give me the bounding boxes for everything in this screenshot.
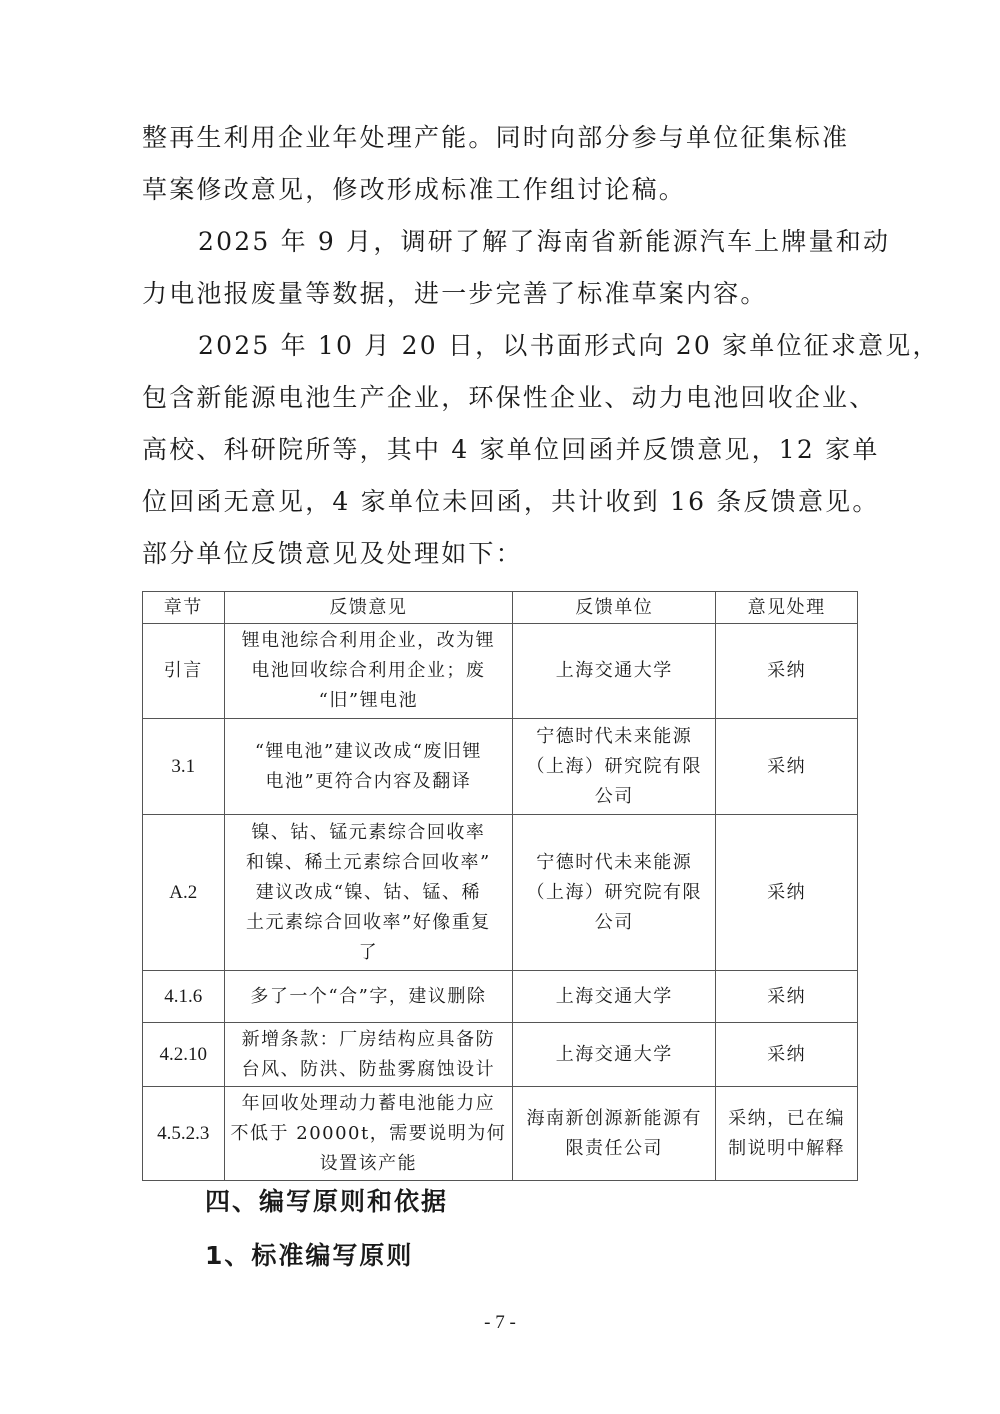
- text-line: 草案修改意见，修改形成标准工作组讨论稿。: [142, 164, 860, 216]
- cell-line: 采纳，已在编: [722, 1104, 851, 1134]
- cell-line: 宁德时代未来能源: [519, 848, 709, 878]
- table-row: A.2 镍、钴、锰元素综合回收率 和镍、稀土元素综合回收率” 建议改成“镍、钴、…: [143, 815, 858, 971]
- cell-line: 公司: [519, 908, 709, 938]
- cell-unit: 上海交通大学: [513, 624, 716, 719]
- subsection-heading: 1、标准编写原则: [205, 1236, 413, 1272]
- text-line: 2025 年 10 月 20 日，以书面形式向 20 家单位征求意见，: [142, 320, 860, 372]
- cell-section: A.2: [143, 815, 225, 971]
- cell-line: 多了一个“合”字，建议删除: [231, 982, 507, 1012]
- cell-line: 上海交通大学: [519, 656, 709, 686]
- paragraph-continuation: 整再生利用企业年处理产能。同时向部分参与单位征集标准 草案修改意见，修改形成标准…: [142, 112, 860, 216]
- text-line: 2025 年 9 月，调研了解了海南省新能源汽车上牌量和动: [142, 216, 860, 268]
- section-heading: 四、编写原则和依据: [205, 1182, 448, 1218]
- cell-line: 电池回收综合利用企业；废: [231, 656, 507, 686]
- cell-feedback: 多了一个“合”字，建议删除: [224, 971, 513, 1023]
- text-line: 力电池报废量等数据，进一步完善了标准草案内容。: [142, 268, 860, 320]
- cell-section: 3.1: [143, 719, 225, 815]
- cell-feedback: 年回收处理动力蓄电池能力应 不低于 20000t，需要说明为何 设置该产能: [224, 1087, 513, 1181]
- cell-line: 设置该产能: [231, 1149, 507, 1179]
- table-row: 4.5.2.3 年回收处理动力蓄电池能力应 不低于 20000t，需要说明为何 …: [143, 1087, 858, 1181]
- cell-feedback: “锂电池”建议改成“废旧锂 电池”更符合内容及翻译: [224, 719, 513, 815]
- cell-handling: 采纳，已在编 制说明中解释: [716, 1087, 858, 1181]
- cell-section: 4.5.2.3: [143, 1087, 225, 1181]
- cell-line: 年回收处理动力蓄电池能力应: [231, 1089, 507, 1119]
- table-row: 引言 锂电池综合利用企业，改为锂 电池回收综合利用企业；废 “旧”锂电池 上海交…: [143, 624, 858, 719]
- cell-line: 和镍、稀土元素综合回收率”: [231, 848, 507, 878]
- cell-feedback: 新增条款：厂房结构应具备防 台风、防洪、防盐雾腐蚀设计: [224, 1023, 513, 1087]
- header-unit: 反馈单位: [513, 592, 716, 624]
- cell-line: 土元素综合回收率”好像重复: [231, 908, 507, 938]
- cell-section: 4.1.6: [143, 971, 225, 1023]
- cell-line: 采纳: [722, 752, 851, 782]
- feedback-table: 章节 反馈意见 反馈单位 意见处理 引言 锂电池综合利用企业，改为锂 电池回收综…: [142, 591, 858, 1181]
- table-row: 4.1.6 多了一个“合”字，建议删除 上海交通大学 采纳: [143, 971, 858, 1023]
- cell-section: 引言: [143, 624, 225, 719]
- header-handling: 意见处理: [716, 592, 858, 624]
- document-page: 整再生利用企业年处理产能。同时向部分参与单位征集标准 草案修改意见，修改形成标准…: [0, 0, 1000, 1414]
- cell-line: 采纳: [722, 982, 851, 1012]
- cell-line: 台风、防洪、防盐雾腐蚀设计: [231, 1055, 507, 1085]
- cell-line: 采纳: [722, 878, 851, 908]
- text-line: 高校、科研院所等，其中 4 家单位回函并反馈意见，12 家单: [142, 424, 860, 476]
- cell-line: 上海交通大学: [519, 1040, 709, 1070]
- cell-line: 限责任公司: [519, 1134, 709, 1164]
- text-line: 部分单位反馈意见及处理如下：: [142, 528, 860, 580]
- cell-line: 电池”更符合内容及翻译: [231, 767, 507, 797]
- table-row: 3.1 “锂电池”建议改成“废旧锂 电池”更符合内容及翻译 宁德时代未来能源 （…: [143, 719, 858, 815]
- cell-unit: 海南新创源新能源有 限责任公司: [513, 1087, 716, 1181]
- cell-line: 海南新创源新能源有: [519, 1104, 709, 1134]
- text-line: 整再生利用企业年处理产能。同时向部分参与单位征集标准: [142, 112, 860, 164]
- cell-handling: 采纳: [716, 971, 858, 1023]
- cell-line: 采纳: [722, 656, 851, 686]
- cell-handling: 采纳: [716, 1023, 858, 1087]
- cell-line: （上海）研究院有限: [519, 752, 709, 782]
- text-line: 包含新能源电池生产企业，环保性企业、动力电池回收企业、: [142, 372, 860, 424]
- cell-line: 镍、钴、锰元素综合回收率: [231, 818, 507, 848]
- cell-unit: 上海交通大学: [513, 1023, 716, 1087]
- cell-section: 4.2.10: [143, 1023, 225, 1087]
- text-line: 位回函无意见，4 家单位未回函，共计收到 16 条反馈意见。: [142, 476, 860, 528]
- header-section: 章节: [143, 592, 225, 624]
- cell-handling: 采纳: [716, 719, 858, 815]
- cell-line: （上海）研究院有限: [519, 878, 709, 908]
- table-header-row: 章节 反馈意见 反馈单位 意见处理: [143, 592, 858, 624]
- cell-line: 新增条款：厂房结构应具备防: [231, 1025, 507, 1055]
- page-number: - 7 -: [0, 1312, 1000, 1334]
- cell-unit: 宁德时代未来能源 （上海）研究院有限 公司: [513, 719, 716, 815]
- cell-line: 公司: [519, 782, 709, 812]
- paragraph-october-consultation: 2025 年 10 月 20 日，以书面形式向 20 家单位征求意见， 包含新能…: [142, 320, 860, 580]
- cell-feedback: 锂电池综合利用企业，改为锂 电池回收综合利用企业；废 “旧”锂电池: [224, 624, 513, 719]
- cell-line: 制说明中解释: [722, 1134, 851, 1164]
- cell-feedback: 镍、钴、锰元素综合回收率 和镍、稀土元素综合回收率” 建议改成“镍、钴、锰、稀 …: [224, 815, 513, 971]
- cell-line: 宁德时代未来能源: [519, 722, 709, 752]
- cell-unit: 上海交通大学: [513, 971, 716, 1023]
- table-row: 4.2.10 新增条款：厂房结构应具备防 台风、防洪、防盐雾腐蚀设计 上海交通大…: [143, 1023, 858, 1087]
- cell-handling: 采纳: [716, 624, 858, 719]
- cell-unit: 宁德时代未来能源 （上海）研究院有限 公司: [513, 815, 716, 971]
- cell-handling: 采纳: [716, 815, 858, 971]
- cell-line: 了: [231, 938, 507, 968]
- cell-line: 锂电池综合利用企业，改为锂: [231, 626, 507, 656]
- cell-line: “旧”锂电池: [231, 686, 507, 716]
- cell-line: “锂电池”建议改成“废旧锂: [231, 737, 507, 767]
- cell-line: 采纳: [722, 1040, 851, 1070]
- header-feedback: 反馈意见: [224, 592, 513, 624]
- cell-line: 建议改成“镍、钴、锰、稀: [231, 878, 507, 908]
- paragraph-september-research: 2025 年 9 月，调研了解了海南省新能源汽车上牌量和动 力电池报废量等数据，…: [142, 216, 860, 320]
- cell-line: 不低于 20000t，需要说明为何: [231, 1119, 507, 1149]
- cell-line: 上海交通大学: [519, 982, 709, 1012]
